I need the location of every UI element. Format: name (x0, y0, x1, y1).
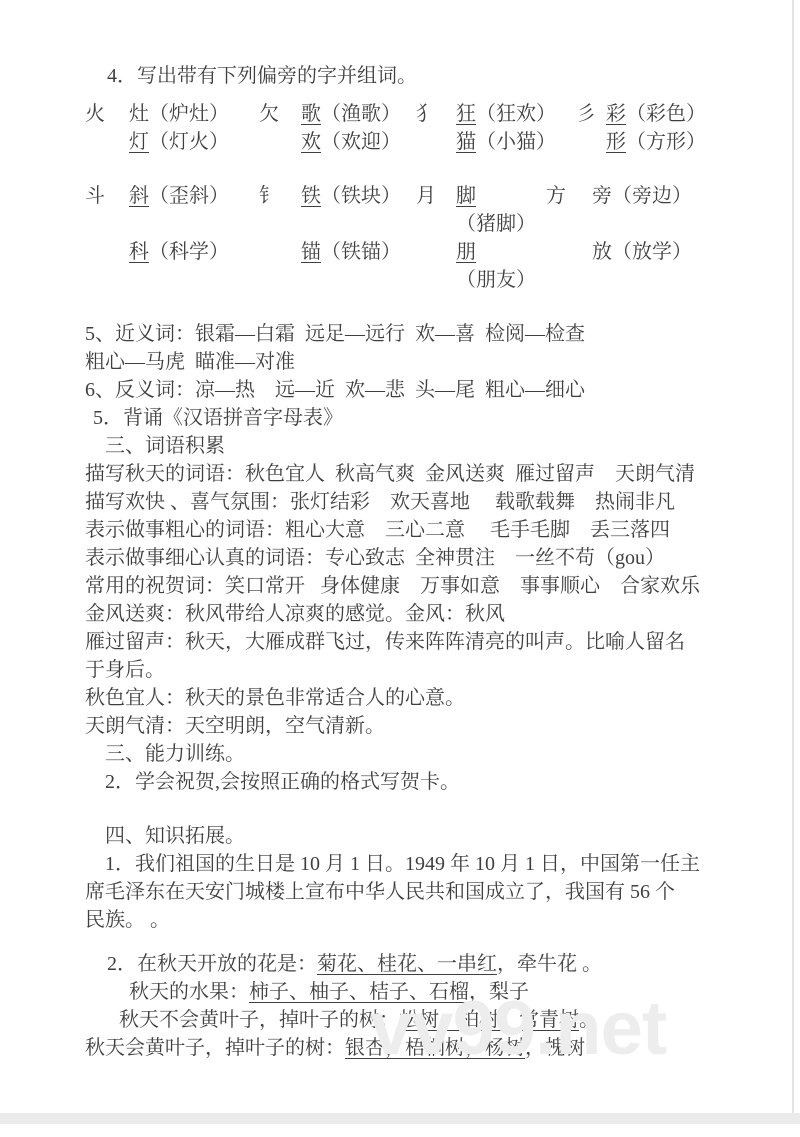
entry-character: 猫 (456, 131, 476, 153)
text-lines: 5、近义词：银霜—白霜 远足—远行 欢—喜 检阅—检查粗心—马虎 瞄准—对准6、… (85, 320, 770, 1062)
text-line: 常用的祝贺词：笑口常开 身体健康 万事如意 事事顺心 合家欢乐 (85, 572, 770, 600)
entry-character: 铁 (301, 185, 321, 207)
radical-label: 犭 (416, 100, 456, 128)
page-break-divider (0, 1113, 800, 1124)
entry-character: 狂 (456, 103, 476, 125)
entry-word: （铁块） (321, 185, 401, 207)
text-segment: 秋天会黄叶子，掉叶子的树： (85, 1037, 345, 1059)
entry-character: 科 (129, 241, 149, 263)
text-segment: 三、能力训练。 (105, 743, 245, 765)
entry-character: 斜 (129, 185, 149, 207)
entry-character: 脚 (456, 185, 476, 207)
text-segment: ，牵牛花 。 (497, 953, 602, 975)
radical-label (416, 238, 456, 294)
radical-entry: 脚（猪脚） (456, 182, 546, 238)
entry-word: （科学） (149, 241, 229, 263)
text-line: 天朗气清：天空明朗，空气清新。 (85, 712, 770, 740)
page-content: 4．写出带有下列偏旁的字并组词。 火灶（炉灶）欠歌（渔歌）犭狂（狂欢）彡彩（彩色… (85, 62, 770, 1062)
entry-character: 歌 (301, 103, 321, 125)
radical-label: 斗 (85, 182, 129, 238)
entry-word: （灯火） (149, 131, 229, 153)
text-segment: 6、反义词：凉—热 远—近 欢—悲 头—尾 粗心—细心 (85, 379, 585, 401)
radical-entry: 欢（欢迎） (301, 128, 416, 156)
radical-label (85, 128, 129, 156)
entry-character: 朋 (456, 241, 476, 263)
text-segment: 粗心—马虎 瞄准—对准 (85, 351, 295, 373)
entry-character: 欢 (301, 131, 321, 153)
radical-table-2: 斗斜（歪斜）钅铁（铁块）月脚（猪脚）方旁（旁边）科（科学）锚（铁锚）朋（朋友）放… (85, 182, 770, 294)
radical-entry: 狂（狂欢） (456, 100, 576, 128)
text-line: 秋色宜人：秋天的景色非常适合人的心意。 (85, 684, 770, 712)
entry-character: 形 (606, 131, 626, 153)
text-segment: 席毛泽东在天安门城楼上宣布中华人民共和国成立了，我国有 56 个 (85, 881, 675, 903)
entry-word: （彩色） (626, 103, 706, 125)
radical-table-1: 火灶（炉灶）欠歌（渔歌）犭狂（狂欢）彡彩（彩色）灯（灯火）欢（欢迎）猫（小猫）形… (85, 100, 770, 156)
text-segment: 2．学会祝贺,会按照正确的格式写贺卡。 (105, 771, 460, 793)
entry-character: 旁 (592, 185, 612, 207)
text-line: 6、反义词：凉—热 远—近 欢—悲 头—尾 粗心—细心 (85, 376, 770, 404)
section4-heading: 4．写出带有下列偏旁的字并组词。 (85, 62, 770, 90)
radical-label (259, 238, 301, 294)
watermark: vv99.net (370, 985, 666, 1072)
entry-word: （狂欢） (476, 103, 556, 125)
text-segment: 2．在秋天开放的花是： (107, 953, 317, 975)
text-line: 2．学会祝贺,会按照正确的格式写贺卡。 (85, 768, 770, 796)
text-line: 三、词语积累 (85, 432, 770, 460)
text-segment: 秋天的水果： (129, 981, 249, 1003)
entry-word: （铁锚） (321, 241, 401, 263)
text-line: 描写秋天的词语：秋色宜人 秋高气爽 金风送爽 雁过留声 天朗气清 (85, 460, 770, 488)
text-line: 5、近义词：银霜—白霜 远足—远行 欢—喜 检阅—检查 (85, 320, 770, 348)
entry-character: 锚 (301, 241, 321, 263)
text-segment: 描写秋天的词语：秋色宜人 秋高气爽 金风送爽 雁过留声 天朗气清 (85, 463, 695, 485)
radical-entry: 旁（旁边） (592, 182, 770, 238)
text-line: 5．背诵《汉语拼音字母表》 (85, 404, 770, 432)
text-line: 金风送爽：秋风带给人凉爽的感觉。金风：秋风 (85, 600, 770, 628)
entry-word: （炉灶） (149, 103, 229, 125)
entry-word: （渔歌） (321, 103, 401, 125)
radical-entry: 灯（灯火） (129, 128, 259, 156)
text-line: 四、知识拓展。 (85, 822, 770, 850)
radical-entry: 锚（铁锚） (301, 238, 416, 294)
radical-entry: 猫（小猫） (456, 128, 576, 156)
document-page: 4．写出带有下列偏旁的字并组词。 火灶（炉灶）欠歌（渔歌）犭狂（狂欢）彡彩（彩色… (0, 0, 800, 1137)
text-segment: 表示做事粗心的词语：粗心大意 三心二意 毛手毛脚 丢三落四 (85, 519, 670, 541)
entry-character: 彩 (606, 103, 626, 125)
text-line: 雁过留声：秋天，大雁成群飞过，传来阵阵清亮的叫声。比喻人留名 (85, 628, 770, 656)
radical-label: 欠 (259, 100, 301, 128)
text-line: 席毛泽东在天安门城楼上宣布中华人民共和国成立了，我国有 56 个 (85, 878, 770, 906)
entry-word: （放学） (612, 241, 692, 263)
entry-character: 放 (592, 241, 612, 263)
text-line: 民族。 。 (85, 906, 770, 934)
radical-entry: 彩（彩色） (606, 100, 770, 128)
text-line: 于身后。 (85, 656, 770, 684)
entry-word: （旁边） (612, 185, 692, 207)
radical-label (546, 238, 592, 294)
entry-character: 灯 (129, 131, 149, 153)
entry-character: 灶 (129, 103, 149, 125)
entry-word: （歪斜） (149, 185, 229, 207)
text-segment: 雁过留声：秋天，大雁成群飞过，传来阵阵清亮的叫声。比喻人留名 (85, 631, 685, 653)
text-segment: 四、知识拓展。 (105, 825, 245, 847)
text-segment: 5、近义词：银霜—白霜 远足—远行 欢—喜 检阅—检查 (85, 323, 585, 345)
text-segment: 1．我们祖国的生日是 10 月 1 日。1949 年 10 月 1 日，中国第一… (105, 853, 700, 875)
radical-label (85, 238, 129, 294)
text-line: 描写欢快 、喜气氛围：张灯结彩 欢天喜地 载歌载舞 热闹非凡 (85, 488, 770, 516)
text-segment: 常用的祝贺词：笑口常开 身体健康 万事如意 事事顺心 合家欢乐 (85, 575, 700, 597)
radical-entry: 铁（铁块） (301, 182, 416, 238)
text-line: 2．在秋天开放的花是：菊花、桂花、一串红，牵牛花 。 (85, 950, 770, 978)
text-line: 三、能力训练。 (85, 740, 770, 768)
radical-label (576, 128, 606, 156)
radical-entry: 朋（朋友） (456, 238, 546, 294)
text-segment: 金风送爽：秋风带给人凉爽的感觉。金风：秋风 (85, 603, 505, 625)
radical-label: 方 (546, 182, 592, 238)
radical-entry: 斜（歪斜） (129, 182, 259, 238)
radical-label: 月 (416, 182, 456, 238)
page-edge-line (792, 0, 794, 1113)
text-segment: 描写欢快 、喜气氛围：张灯结彩 欢天喜地 载歌载舞 热闹非凡 (85, 491, 675, 513)
text-line: 粗心—马虎 瞄准—对准 (85, 348, 770, 376)
entry-word: （朋友） (456, 269, 536, 291)
radical-label: 火 (85, 100, 129, 128)
radical-label: 彡 (576, 100, 606, 128)
radical-label (416, 128, 456, 156)
text-line: 表示做事细心认真的词语：专心致志 全神贯注 一丝不苟（gou） (85, 544, 770, 572)
radical-entry: 放（放学） (592, 238, 770, 294)
text-line: 表示做事粗心的词语：粗心大意 三心二意 毛手毛脚 丢三落四 (85, 516, 770, 544)
radical-entry: 形（方形） (606, 128, 770, 156)
text-segment: 天朗气清：天空明朗，空气清新。 (85, 715, 385, 737)
radical-label (259, 128, 301, 156)
text-segment: 于身后。 (85, 659, 165, 681)
text-segment: 秋天不会黄叶子，掉叶子的树： (119, 1009, 399, 1031)
radical-label: 钅 (259, 182, 301, 238)
text-line: 1．我们祖国的生日是 10 月 1 日。1949 年 10 月 1 日，中国第一… (85, 850, 770, 878)
radical-entry: 灶（炉灶） (129, 100, 259, 128)
entry-word: （小猫） (476, 131, 556, 153)
radical-entry: 科（科学） (129, 238, 259, 294)
entry-word: （欢迎） (321, 131, 401, 153)
text-segment: 秋色宜人：秋天的景色非常适合人的心意。 (85, 687, 465, 709)
underlined-text: 菊花、桂花、一串红 (317, 953, 497, 975)
text-segment: 民族。 。 (85, 909, 170, 931)
text-segment: 表示做事细心认真的词语：专心致志 全神贯注 一丝不苟（gou） (85, 547, 665, 569)
radical-entry: 歌（渔歌） (301, 100, 416, 128)
entry-word: （方形） (626, 131, 706, 153)
text-segment: 三、词语积累 (105, 435, 225, 457)
entry-word: （猪脚） (456, 213, 536, 235)
text-segment: 5．背诵《汉语拼音字母表》 (93, 407, 343, 429)
